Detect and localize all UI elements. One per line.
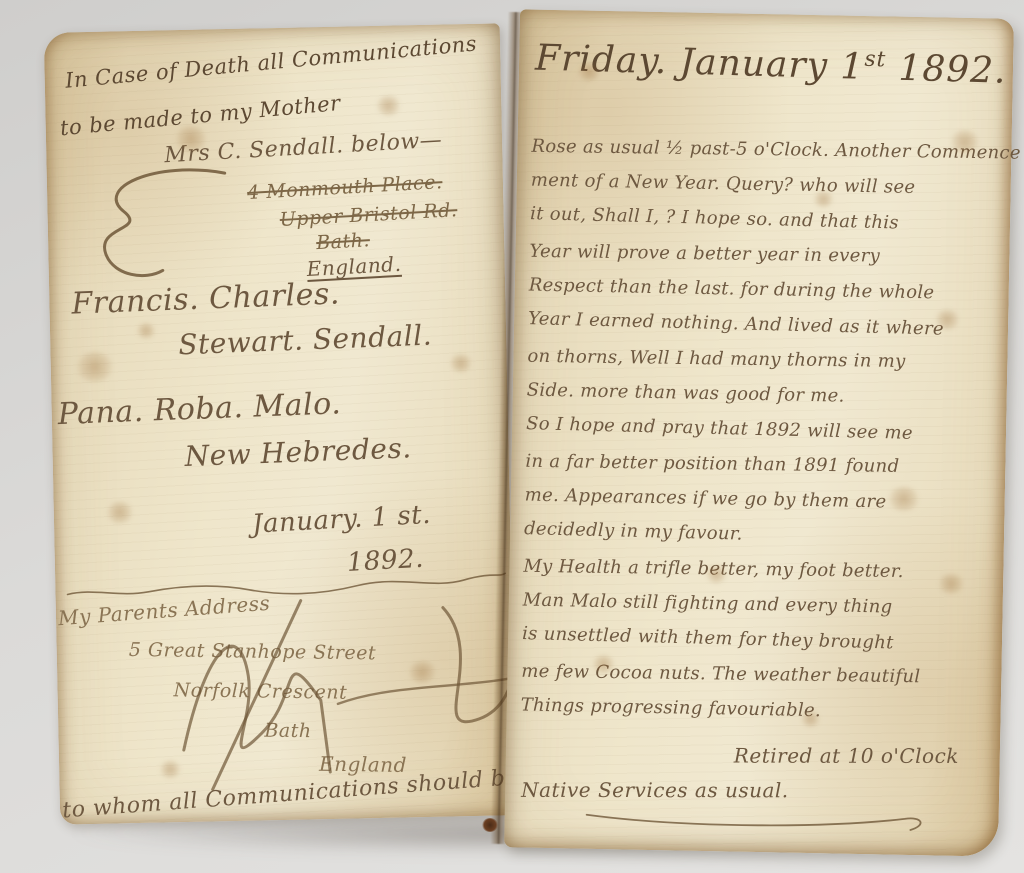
spine-binding-dot: [482, 818, 498, 832]
entry-line: Rose as usual ½ past-5 o'Clock. Another …: [531, 129, 1001, 171]
ink-flourish: [64, 156, 257, 300]
foxing-spot: [449, 354, 473, 372]
entry-line: on thorns, Well I had many thorns in my: [527, 339, 997, 381]
death-notice-line-1: In Case of Death all Communications: [64, 31, 478, 92]
crossed-address-line-1: 4 Monmouth Place.: [247, 171, 443, 204]
entry-title: Friday. January 1st 1892.: [535, 38, 1008, 92]
photo-of-diary: { "photo": { "background_color": "#d8d7d…: [0, 0, 1024, 873]
foxing-spot: [106, 501, 134, 524]
owner-name-line-2: Stewart. Sendall.: [178, 319, 433, 362]
crossed-address-line-2: Upper Bristol Rd.: [279, 199, 458, 231]
diary-left-page: In Case of Death all Communications to b…: [44, 23, 516, 824]
diary-right-page: Friday. January 1st 1892. Rose as usual …: [504, 9, 1014, 856]
foxing-spot: [937, 573, 965, 594]
entry-line: Year will prove a better year in every: [529, 234, 999, 276]
location-line-1: Pana. Roba. Malo.: [57, 386, 342, 432]
entry-title-year: 1892.: [886, 47, 1008, 91]
entry-line: in a far better position than 1891 found: [525, 444, 995, 486]
foxing-spot: [812, 191, 834, 207]
entry-title-ordinal: st: [864, 47, 886, 73]
crossed-address-line-3: Bath.: [316, 229, 371, 254]
foxing-spot: [74, 351, 115, 382]
date-line-1: January. 1 st.: [251, 500, 431, 540]
foxing-spot: [375, 95, 401, 116]
closing-underline-flourish: [582, 807, 927, 840]
location-line-2: New Hebredes.: [184, 431, 412, 473]
entry-line: My Health a trifle better, my foot bette…: [523, 549, 993, 591]
foxing-spot: [136, 323, 156, 339]
entry-closing-line-2: Native Services as usual.: [521, 778, 789, 802]
entry-closing-line-1: Retired at 10 o'Clock: [734, 744, 959, 768]
entry-body: Rose as usual ½ past-5 o'Clock. Another …: [520, 128, 1001, 732]
